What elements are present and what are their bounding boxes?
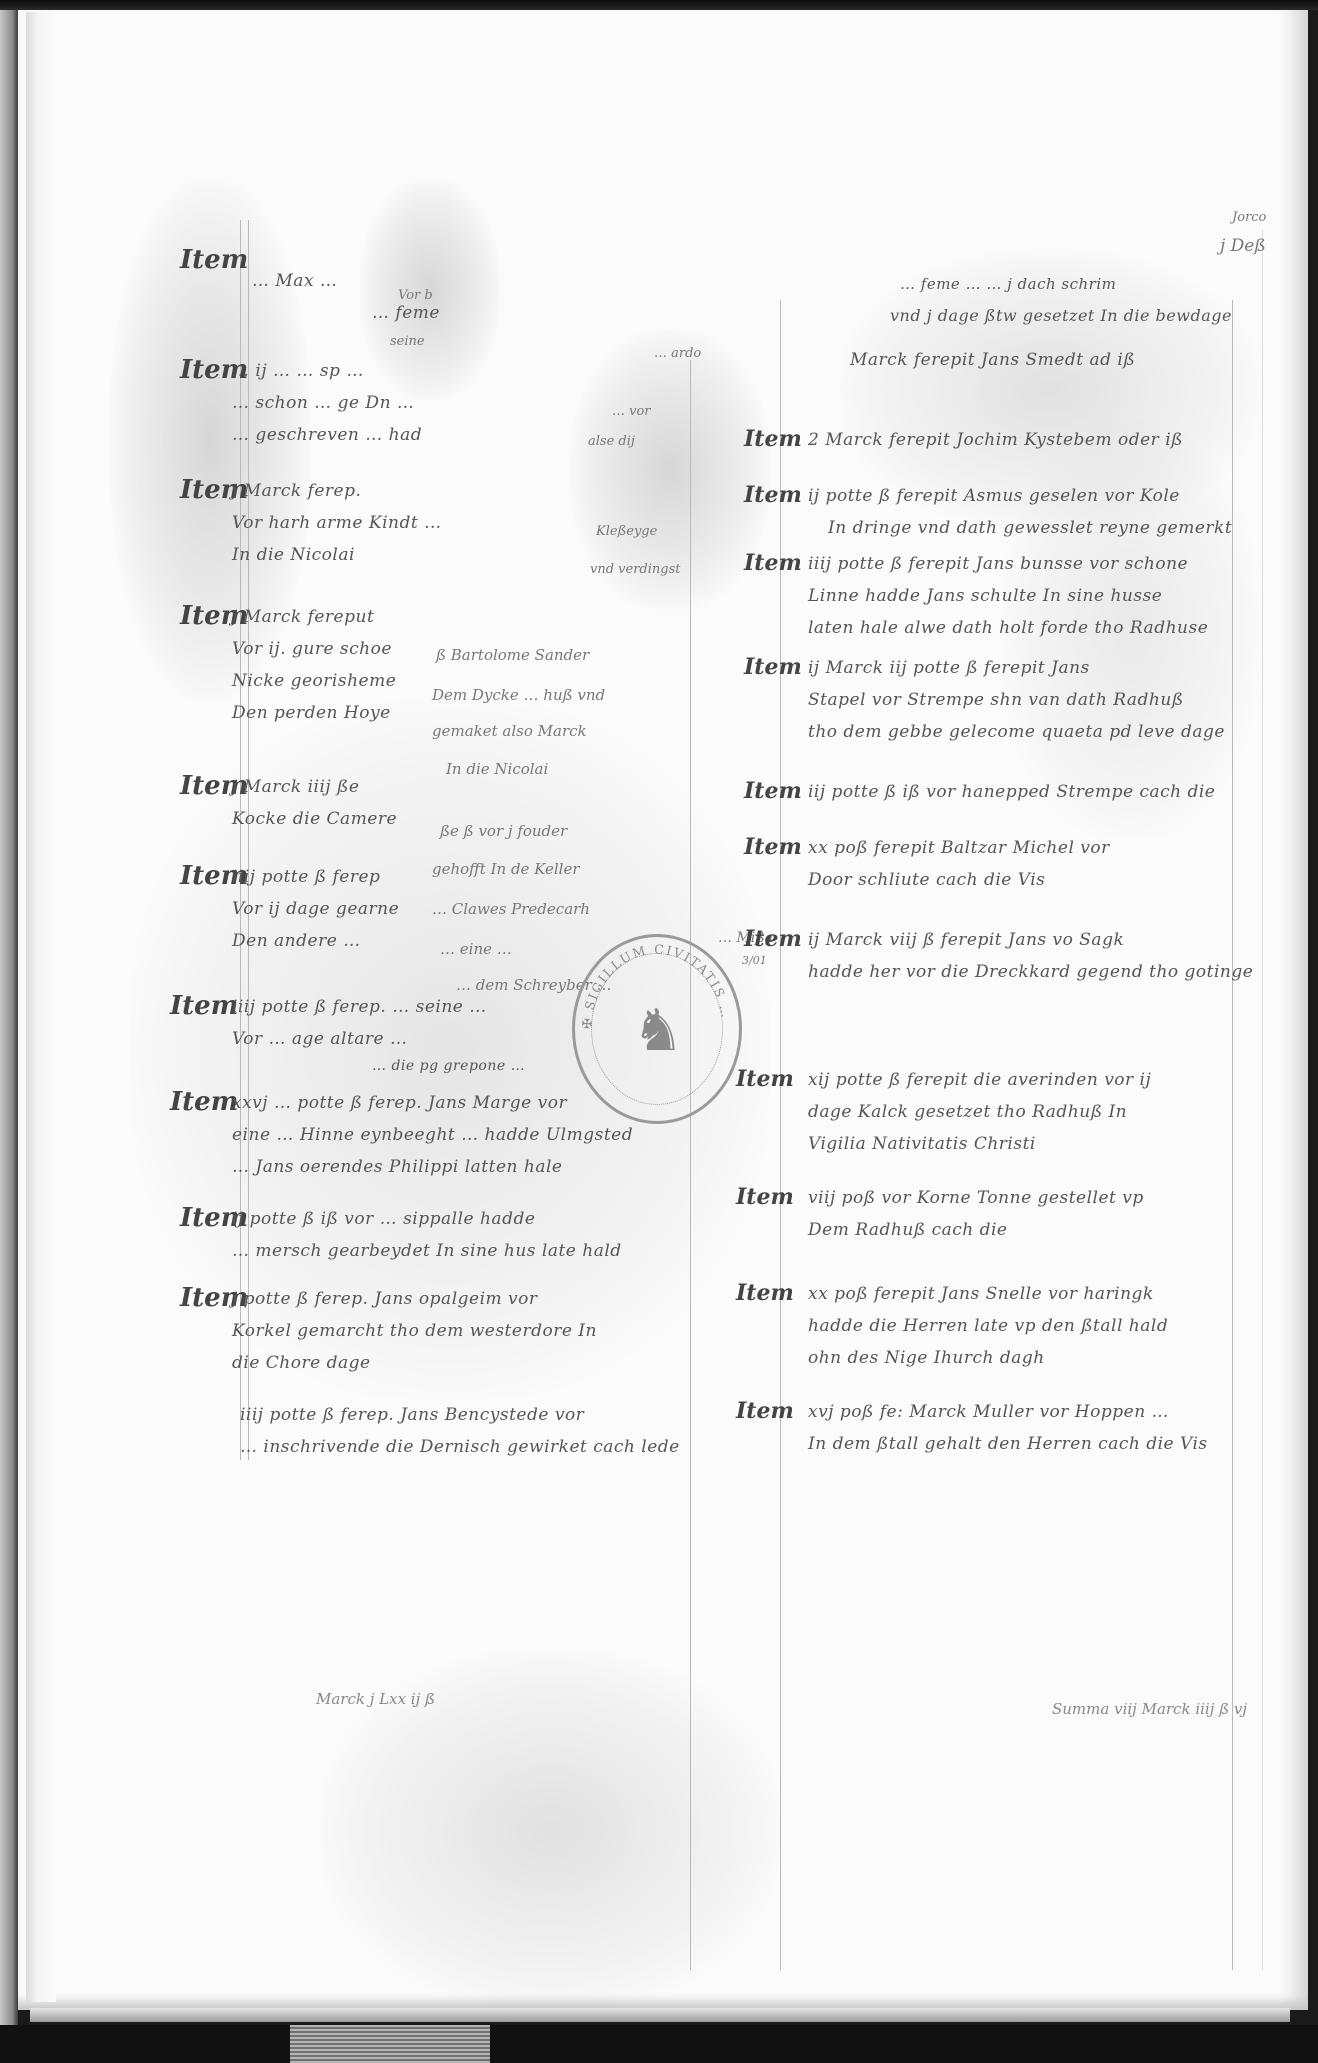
ledger-entry: Item … Max … … feme (180, 245, 690, 355)
item-mark: Item (744, 834, 802, 860)
entry-line: hadde die Herren late vp den ßtall hald (808, 1310, 1168, 1342)
side-note: … eine … (440, 940, 512, 958)
entry-text: iiij potte ß ferepit Jans bunsse vor sch… (808, 548, 1208, 644)
side-note: vnd verdingst (590, 562, 681, 577)
right-column-total: Summa viij Marck iiij ß vj (1052, 1700, 1247, 1718)
book-spine-edge (0, 10, 18, 2030)
entry-line: xxvj … potte ß ferep. Jans Marge vor (232, 1087, 633, 1119)
entry-line: In dem ßtall gehalt den Herren cach die … (808, 1428, 1208, 1460)
entry-line: iij potte ß iß vor hanepped Strempe cach… (808, 776, 1215, 808)
left-column-total: Marck j Lxx ij ß (316, 1690, 435, 1708)
entry-line: … inschrivende die Dernisch gewirket cac… (240, 1431, 680, 1463)
ledger-entry: Item xij potte ß ferepit die averinden v… (744, 1064, 1264, 1182)
ledger-entry: Item ij potte ß ferepit Asmus geselen vo… (744, 480, 1264, 548)
entry-line: ohn des Nige Ihurch dagh (808, 1342, 1168, 1374)
entry-line: Korkel gemarcht tho dem westerdore In (232, 1315, 597, 1347)
entry-line: In die Nicolai (232, 539, 442, 571)
entry-line: j Marck ferep. (232, 475, 442, 507)
entry-text: j potte ß ferep. Jans opalgeim vor Korke… (232, 1283, 597, 1379)
entry-line: j Marck iiij ße (232, 771, 397, 803)
side-note: … Clawes Predecarh (432, 900, 590, 918)
item-mark: Item (744, 482, 802, 508)
entry-text: xx poß ferepit Jans Snelle vor haringk h… (808, 1278, 1168, 1374)
entry-line: Vor ij dage gearne (232, 893, 399, 925)
ledger-entry: Item viij poß vor Korne Tonne gestellet … (744, 1182, 1264, 1278)
ledger-entry: Item ij Marck viij ß ferepit Jans vo Sag… (744, 924, 1264, 1064)
archive-seal-stamp: ✠ SIGILLUM CIVITATIS … ♞ (572, 934, 742, 1124)
entry-line: … mersch gearbeydet In sine hus late hal… (232, 1235, 622, 1267)
side-note: … ardo (654, 346, 701, 361)
entry-line: iiij potte ß ferep. … seine … (232, 991, 525, 1023)
ledger-entry: iiij potte ß ferep. Jans Bencystede vor … (180, 1399, 690, 1479)
page-bottom-edge (30, 2008, 1290, 2022)
entry-line: 2 Marck ferepit Jochim Kystebem oder iß (808, 424, 1183, 456)
corner-note: j Deß (1220, 236, 1266, 256)
side-note: gemaket also Marck (432, 722, 587, 740)
entry-line: xx poß ferepit Jans Snelle vor haringk (808, 1278, 1168, 1310)
entry-line: iiij potte ß ferepit Jans bunsse vor sch… (808, 548, 1208, 580)
entry-line: j Marck fereput (232, 601, 396, 633)
entry-text: iiij potte ß ferep. … seine … Vor … age … (232, 991, 525, 1077)
ledger-entry: Item iij potte ß iß vor hanepped Strempe… (744, 776, 1264, 832)
entry-text: 2 Marck ferepit Jochim Kystebem oder iß (808, 424, 1183, 456)
entry-line: ij Marck viij ß ferepit Jans vo Sagk (808, 924, 1253, 956)
entry-line: Den andere … (232, 925, 399, 957)
side-note: seine (390, 334, 425, 349)
side-note: ß Bartolome Sander (436, 646, 589, 664)
side-note: … vor (612, 404, 651, 419)
item-mark: Item (736, 1184, 794, 1210)
entry-line: xvj poß fe: Marck Muller vor Hoppen … (808, 1396, 1208, 1428)
corner-note: Jorco (1232, 210, 1266, 225)
right-column: Item 2 Marck ferepit Jochim Kystebem ode… (744, 424, 1264, 1476)
entry-line: Dem Radhuß cach die (808, 1214, 1144, 1246)
entry-text: … ij … … sp … … schon … ge Dn … … geschr… (232, 355, 422, 451)
entry-line: iiij potte ß ferep (232, 861, 399, 893)
entry-text: xx poß ferepit Baltzar Michel vor Door s… (808, 832, 1110, 896)
entry-line: tho dem gebbe gelecome quaeta pd leve da… (808, 716, 1225, 748)
entry-line: laten hale alwe dath holt forde tho Radh… (808, 612, 1208, 644)
item-mark: Item (744, 926, 802, 952)
entry-line: ij potte ß ferepit Asmus geselen vor Kol… (808, 480, 1232, 512)
ledger-entry: Item ij Marck iij potte ß ferepit Jans S… (744, 652, 1264, 776)
entry-line: … Jans oerendes Philippi latten hale (232, 1151, 633, 1183)
header-fragment-line: vnd j dage ßtw gesetzet In die bewdage (890, 300, 1232, 332)
scanner-top-border (0, 0, 1318, 10)
entry-line: Vigilia Nativitatis Christi (808, 1128, 1151, 1160)
entry-line: Door schliute cach die Vis (808, 864, 1110, 896)
item-mark: Item (736, 1280, 794, 1306)
item-mark: Item (180, 245, 248, 275)
side-note: ße ß vor j fouder (440, 822, 567, 840)
item-mark: Item (744, 550, 802, 576)
entry-text: j Marck fereput Vor ij. gure schoe Nicke… (232, 601, 396, 729)
left-column-right-rule (690, 360, 691, 1970)
entry-line: dage Kalck gesetzet tho Radhuß In (808, 1096, 1151, 1128)
ledger-entry: Item ij potte ß iß vor … sippalle hadde … (180, 1203, 690, 1283)
side-note: Vor b (398, 288, 433, 303)
entry-line: In dringe vnd dath gewesslet reyne gemer… (808, 512, 1232, 544)
item-mark: Item (736, 1398, 794, 1424)
entry-line: xij potte ß ferepit die averinden vor ij (808, 1064, 1151, 1096)
scanner-glare (290, 2025, 490, 2063)
entry-line: iiij potte ß ferep. Jans Bencystede vor (240, 1399, 680, 1431)
entry-line: Den perden Hoye (232, 697, 396, 729)
entry-text: ij Marck viij ß ferepit Jans vo Sagk had… (808, 924, 1253, 988)
entry-line: … die pg grepone … (232, 1055, 525, 1077)
entry-line: Nicke georisheme (232, 665, 396, 697)
entry-text: viij poß vor Korne Tonne gestellet vp De… (808, 1182, 1144, 1246)
entry-line: eine … Hinne eynbeeght … hadde Ulmgsted (232, 1119, 633, 1151)
entry-line: Stapel vor Strempe shn van dath Radhuß (808, 684, 1225, 716)
ledger-entry: Item j potte ß ferep. Jans opalgeim vor … (180, 1283, 690, 1399)
header-fragment-line: Marck ferepit Jans Smedt ad iß (850, 344, 1135, 376)
ledger-entry: Item xvj poß fe: Marck Muller vor Hoppen… (744, 1396, 1264, 1476)
entry-text: ij Marck iij potte ß ferepit Jans Stapel… (808, 652, 1225, 748)
entry-line: Linne hadde Jans schulte In sine husse (808, 580, 1208, 612)
side-note: alse dij (588, 434, 635, 449)
entry-line: j potte ß ferep. Jans opalgeim vor (232, 1283, 597, 1315)
side-note: Kleßeyge (596, 524, 657, 539)
entry-text: xxvj … potte ß ferep. Jans Marge vor ein… (232, 1087, 633, 1183)
entry-text: iiij potte ß ferep. Jans Bencystede vor … (240, 1399, 680, 1463)
side-note: Dem Dycke … huß vnd (432, 686, 605, 704)
item-mark: Item (744, 778, 802, 804)
entry-line: xx poß ferepit Baltzar Michel vor (808, 832, 1110, 864)
lion-emblem-icon: ♞ (619, 989, 697, 1071)
entry-text: iij potte ß iß vor hanepped Strempe cach… (808, 776, 1215, 808)
header-fragment-line: … feme … … j dach schrim (900, 268, 1116, 300)
item-mark: Item (744, 426, 802, 452)
entry-line: Vor ij. gure schoe (232, 633, 396, 665)
entry-line: … geschreven … had (232, 419, 422, 451)
entry-line: ij Marck iij potte ß ferepit Jans (808, 652, 1225, 684)
entry-text: iiij potte ß ferep Vor ij dage gearne De… (232, 861, 399, 957)
entry-text: xvj poß fe: Marck Muller vor Hoppen … In… (808, 1396, 1208, 1460)
entry-line: die Chore dage (232, 1347, 597, 1379)
entry-text: ij potte ß ferepit Asmus geselen vor Kol… (808, 480, 1232, 544)
entry-line: Vor … age altare … (232, 1023, 525, 1055)
page-fore-edge (26, 12, 56, 2002)
scanner-bottom-border (0, 2025, 1318, 2063)
entry-line: Vor harh arme Kindt … (232, 507, 442, 539)
ledger-entry: Item iiij potte ß ferepit Jans bunsse vo… (744, 548, 1264, 652)
margin-note: 3/01 (742, 954, 767, 967)
entry-line: Kocke die Camere (232, 803, 397, 835)
entry-text: ij potte ß iß vor … sippalle hadde … mer… (232, 1203, 622, 1267)
side-note: gehofft In de Keller (432, 860, 580, 878)
ledger-entry: Item 2 Marck ferepit Jochim Kystebem ode… (744, 424, 1264, 480)
side-note: In die Nicolai (446, 760, 548, 778)
item-mark: Item (736, 1066, 794, 1092)
entry-line: … ij … … sp … (232, 355, 422, 387)
entry-line: ij potte ß iß vor … sippalle hadde (232, 1203, 622, 1235)
ledger-entry: Item j Marck iiij ße Kocke die Camere (180, 771, 690, 861)
entry-text: j Marck iiij ße Kocke die Camere (232, 771, 397, 835)
entry-line: … schon … ge Dn … (232, 387, 422, 419)
item-mark: Item (744, 654, 802, 680)
item-mark: Item (170, 991, 238, 1021)
ledger-entry: Item xx poß ferepit Jans Snelle vor hari… (744, 1278, 1264, 1396)
entry-line: hadde her vor die Dreckkard gegend tho g… (808, 956, 1253, 988)
ledger-entry: Item xx poß ferepit Baltzar Michel vor D… (744, 832, 1264, 924)
entry-text: j Marck ferep. Vor harh arme Kindt … In … (232, 475, 442, 571)
entry-line: viij poß vor Korne Tonne gestellet vp (808, 1182, 1144, 1214)
item-mark: Item (170, 1087, 238, 1117)
entry-text: xij potte ß ferepit die averinden vor ij… (808, 1064, 1151, 1160)
